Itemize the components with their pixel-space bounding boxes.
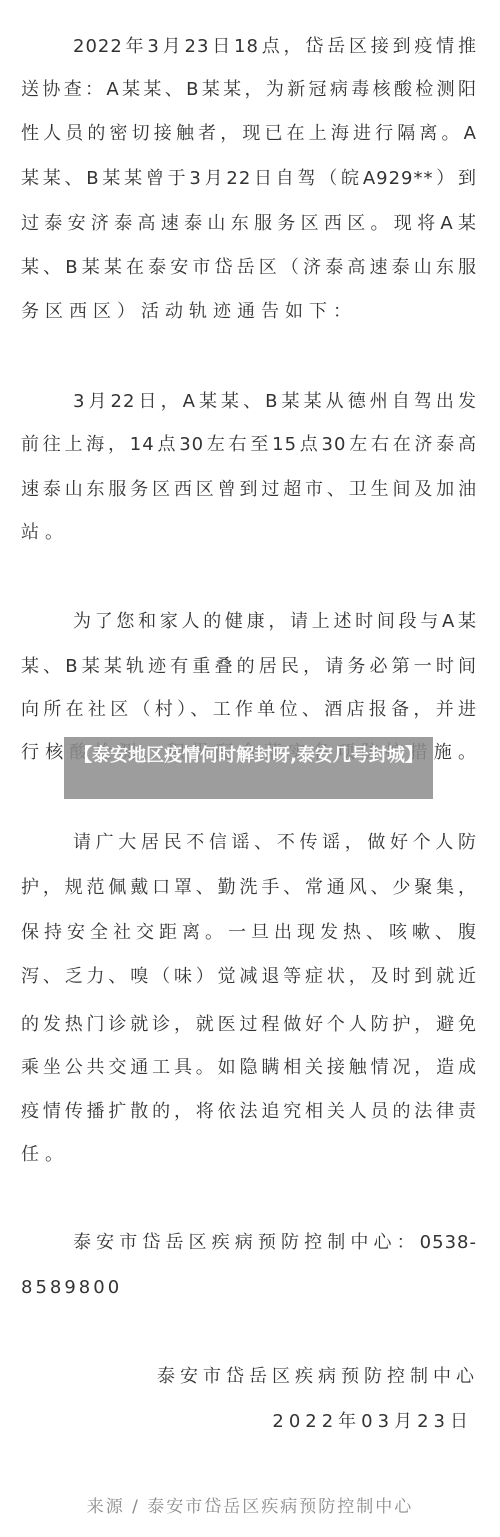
text-line: 泰安市岱岳区疾病预防控制中心：0538- — [73, 1230, 477, 1256]
text-line: 任。 — [21, 1142, 477, 1168]
text-line: 站。 — [21, 520, 477, 546]
text-line: 务区西区）活动轨迹通告如下： — [21, 299, 477, 325]
overlay-title: 【泰安地区疫情何时解封呀,泰安几号封城】 — [74, 745, 423, 766]
article-page: 2022年3月23日18点，岱岳区接到疫情推 送协查：A某某、B某某，为新冠病毒… — [0, 0, 500, 1537]
text-line: 某、B某某轨迹有重叠的居民，请务必第一时间 — [21, 654, 477, 680]
text-line: 前往上海，14点30左右至15点30左右在济泰高 — [21, 432, 477, 458]
text-line: 请广大居民不信谣、不传谣，做好个人防 — [73, 830, 477, 856]
text-line: 送协查：A某某、B某某，为新冠病毒核酸检测阳 — [21, 77, 477, 103]
text-line: 某某、B某某曾于3月22日自驾（皖A929**）到 — [21, 166, 477, 192]
text-line: 疫情传播扩散的，将依法追究相关人员的法律责 — [21, 1099, 477, 1125]
text-line: 3月22日，A某某、B某某从德州自驾出发 — [73, 389, 477, 415]
text-line: 的发热门诊就诊，就医过程做好个人防护，避免 — [21, 1012, 477, 1038]
text-line: 为了您和家人的健康，请上述时间段与A某 — [73, 609, 477, 635]
title-overlay-banner: 【泰安地区疫情何时解封呀,泰安几号封城】 — [64, 737, 433, 799]
text-line: 护，规范佩戴口罩、勤洗手、常通风、少聚集， — [21, 875, 477, 901]
text-line: 乘坐公共交通工具。如隐瞒相关接触情况，造成 — [21, 1055, 477, 1081]
text-line: 向所在社区（村）、工作单位、酒店报备，并进 — [21, 697, 477, 723]
text-line: 泻、乏力、嗅（味）觉减退等症状，及时到就近 — [21, 964, 477, 990]
text-line: 2022年3月23日18点，岱岳区接到疫情推 — [73, 34, 477, 60]
text-line: 速泰山东服务区西区曾到过超市、卫生间及加油 — [21, 477, 477, 503]
phone-number: 8589800 — [21, 1275, 477, 1301]
signature-date: 2022年03月23日 — [21, 1409, 473, 1435]
text-line: 保持安全社交距离。一旦出现发热、咳嗽、腹 — [21, 920, 477, 946]
text-line: 某、B某某在泰安市岱岳区（济泰高速泰山东服 — [21, 255, 477, 281]
text-line: 过泰安济泰高速泰山东服务区西区。现将A某 — [21, 211, 477, 237]
source-credit: 来源 / 泰安市岱岳区疾病预防控制中心 — [0, 1495, 500, 1519]
text-line: 性人员的密切接触者，现已在上海进行隔离。A — [21, 121, 477, 147]
signature-organization: 泰安市岱岳区疾病预防控制中心 — [21, 1364, 479, 1390]
